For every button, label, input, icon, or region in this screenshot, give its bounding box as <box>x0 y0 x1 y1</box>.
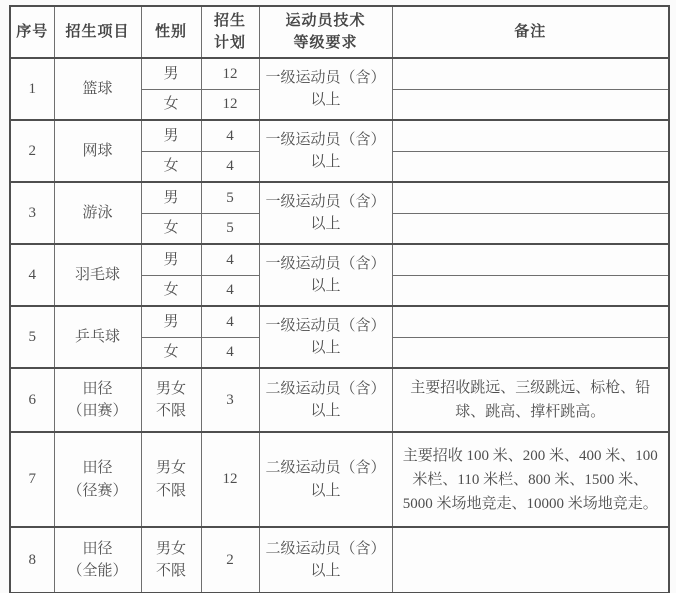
cell-gender: 男女 不限 <box>141 368 201 432</box>
cell-gender: 男 <box>141 182 201 213</box>
cell-project: 羽毛球 <box>54 244 141 306</box>
cell-remark <box>392 213 669 244</box>
cell-remark <box>392 306 669 337</box>
cell-gender: 女 <box>141 151 201 182</box>
cell-remark <box>392 244 669 275</box>
cell-remark <box>392 120 669 151</box>
cell-remark <box>392 527 669 593</box>
cell-project: 田径 （田赛） <box>54 368 141 432</box>
table-row: 4 羽毛球 男 4 一级运动员（含） 以上 <box>10 244 669 275</box>
cell-remark <box>392 151 669 182</box>
cell-no: 5 <box>10 306 54 368</box>
cell-plan: 12 <box>201 89 259 120</box>
cell-project: 网球 <box>54 120 141 182</box>
cell-level: 二级运动员（含） 以上 <box>259 527 392 593</box>
cell-project: 田径 （径赛） <box>54 432 141 527</box>
table-row: 5 乒乓球 男 4 一级运动员（含） 以上 <box>10 306 669 337</box>
cell-no: 8 <box>10 527 54 593</box>
table-row: 2 网球 男 4 一级运动员（含） 以上 <box>10 120 669 151</box>
cell-plan: 4 <box>201 151 259 182</box>
cell-project: 游泳 <box>54 182 141 244</box>
admissions-table: 序号 招生项目 性别 招生 计划 运动员技术 等级要求 备注 1 篮球 男 12… <box>9 5 670 593</box>
cell-plan: 3 <box>201 368 259 432</box>
table-row: 6 田径 （田赛） 男女 不限 3 二级运动员（含） 以上 主要招收跳远、三级跳… <box>10 368 669 432</box>
cell-level: 一级运动员（含） 以上 <box>259 244 392 306</box>
cell-gender: 男 <box>141 306 201 337</box>
cell-plan: 4 <box>201 244 259 275</box>
table-row: 3 游泳 男 5 一级运动员（含） 以上 <box>10 182 669 213</box>
cell-level: 一级运动员（含） 以上 <box>259 182 392 244</box>
cell-no: 2 <box>10 120 54 182</box>
header-plan: 招生 计划 <box>201 6 259 58</box>
cell-gender: 男 <box>141 58 201 89</box>
cell-level: 一级运动员（含） 以上 <box>259 58 392 120</box>
cell-no: 4 <box>10 244 54 306</box>
cell-gender: 男女 不限 <box>141 432 201 527</box>
cell-remark: 主要招收 100 米、200 米、400 米、100 米栏、110 米栏、800… <box>392 432 669 527</box>
cell-plan: 12 <box>201 432 259 527</box>
cell-no: 6 <box>10 368 54 432</box>
header-project: 招生项目 <box>54 6 141 58</box>
cell-plan: 5 <box>201 213 259 244</box>
cell-gender: 男女 不限 <box>141 527 201 593</box>
cell-gender: 女 <box>141 213 201 244</box>
cell-project: 乒乓球 <box>54 306 141 368</box>
cell-remark: 主要招收跳远、三级跳远、标枪、铅球、跳高、撑杆跳高。 <box>392 368 669 432</box>
cell-project: 篮球 <box>54 58 141 120</box>
cell-plan: 12 <box>201 58 259 89</box>
cell-plan: 4 <box>201 120 259 151</box>
cell-plan: 5 <box>201 182 259 213</box>
cell-plan: 2 <box>201 527 259 593</box>
cell-level: 二级运动员（含） 以上 <box>259 368 392 432</box>
cell-gender: 男 <box>141 244 201 275</box>
cell-plan: 4 <box>201 337 259 368</box>
cell-plan: 4 <box>201 275 259 306</box>
cell-gender: 女 <box>141 275 201 306</box>
cell-remark <box>392 89 669 120</box>
cell-gender: 女 <box>141 89 201 120</box>
cell-remark <box>392 182 669 213</box>
header-gender: 性别 <box>141 6 201 58</box>
cell-no: 1 <box>10 58 54 120</box>
cell-remark <box>392 337 669 368</box>
table-row: 7 田径 （径赛） 男女 不限 12 二级运动员（含） 以上 主要招收 100 … <box>10 432 669 527</box>
cell-no: 7 <box>10 432 54 527</box>
cell-level: 二级运动员（含） 以上 <box>259 432 392 527</box>
cell-level: 一级运动员（含） 以上 <box>259 306 392 368</box>
header-level: 运动员技术 等级要求 <box>259 6 392 58</box>
header-remark: 备注 <box>392 6 669 58</box>
cell-level: 一级运动员（含） 以上 <box>259 120 392 182</box>
cell-no: 3 <box>10 182 54 244</box>
cell-remark <box>392 275 669 306</box>
table-row: 8 田径 （全能） 男女 不限 2 二级运动员（含） 以上 <box>10 527 669 593</box>
table-header-row: 序号 招生项目 性别 招生 计划 运动员技术 等级要求 备注 <box>10 6 669 58</box>
header-no: 序号 <box>10 6 54 58</box>
cell-plan: 4 <box>201 306 259 337</box>
cell-project: 田径 （全能） <box>54 527 141 593</box>
cell-gender: 女 <box>141 337 201 368</box>
cell-remark <box>392 58 669 89</box>
table-row: 1 篮球 男 12 一级运动员（含） 以上 <box>10 58 669 89</box>
cell-gender: 男 <box>141 120 201 151</box>
